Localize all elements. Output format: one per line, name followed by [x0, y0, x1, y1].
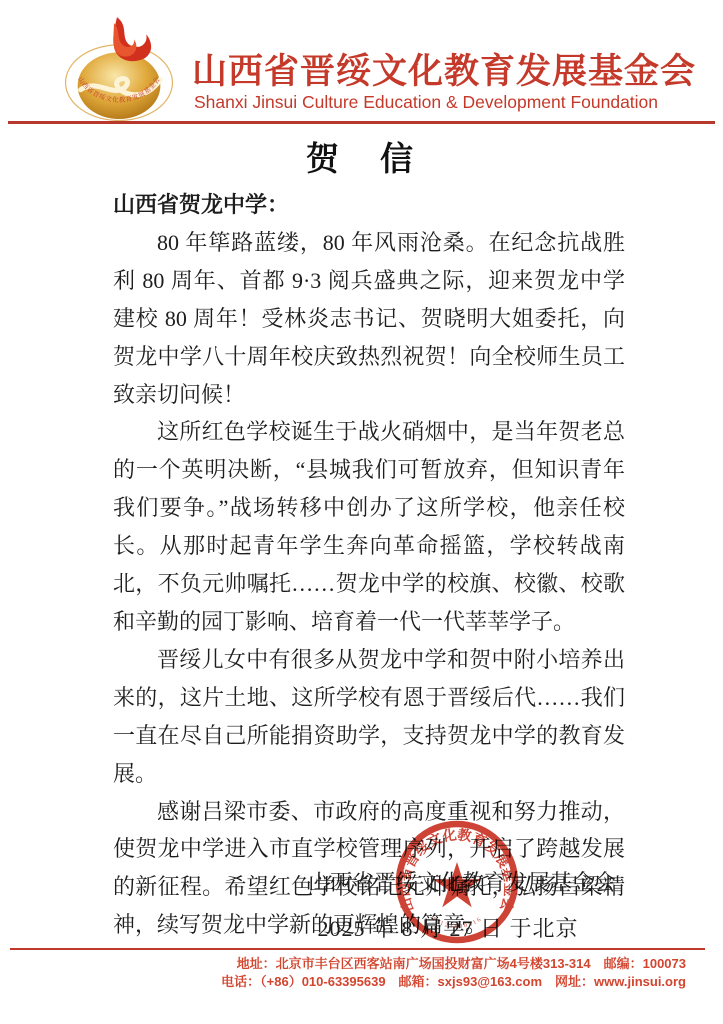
letter-page: 山西省晋绥文化教育发展基金会 山西省晋绥文化教育发展基金会 Shanxi Jin…: [0, 0, 723, 1024]
signature-date: 2025 年 8 月 27 日 于北京: [308, 912, 588, 943]
paragraph-3: 晋绥儿女中有很多从贺龙中学和贺中附小培养出来的，这片土地、这所学校有恩于晋绥后代…: [113, 641, 625, 793]
footer-phone-line: 电话：（+86）010-63395639 邮箱：sxjs93@163.com 网…: [221, 973, 686, 991]
org-name-chinese: 山西省晋绥文化教育发展基金会: [192, 44, 672, 94]
signature-org: 山西省晋绥文化教育发展基金会: [308, 866, 588, 897]
paragraph-2: 这所红色学校诞生于战火硝烟中，是当年贺老总的一个英明决断，“县城我们可暂放弃，但…: [113, 413, 625, 640]
org-name-english: Shanxi Jinsui Culture Education & Develo…: [194, 92, 694, 113]
letter-body: 山西省贺龙中学： 80 年筚路蓝缕，80 年风雨沧桑。在纪念抗战胜利 80 周年…: [113, 186, 625, 944]
letter-title: 贺 信: [0, 133, 723, 180]
signature-block: 山西省晋绥文化教育发展基金会 2025 年 8 月 27 日 于北京: [308, 866, 588, 943]
header-divider: [8, 121, 715, 124]
footer-divider: [10, 948, 705, 950]
foundation-logo: 山西省晋绥文化教育发展基金会: [58, 5, 180, 121]
salutation: 山西省贺龙中学：: [113, 186, 625, 224]
footer-contact: 地址：北京市丰台区西客站南广场国投财富广场4号楼313-314 邮编：10007…: [221, 955, 686, 991]
paragraph-1: 80 年筚路蓝缕，80 年风雨沧桑。在纪念抗战胜利 80 周年、首都 9·3 阅…: [113, 224, 625, 414]
footer-address-line: 地址：北京市丰台区西客站南广场国投财富广场4号楼313-314 邮编：10007…: [221, 955, 686, 973]
